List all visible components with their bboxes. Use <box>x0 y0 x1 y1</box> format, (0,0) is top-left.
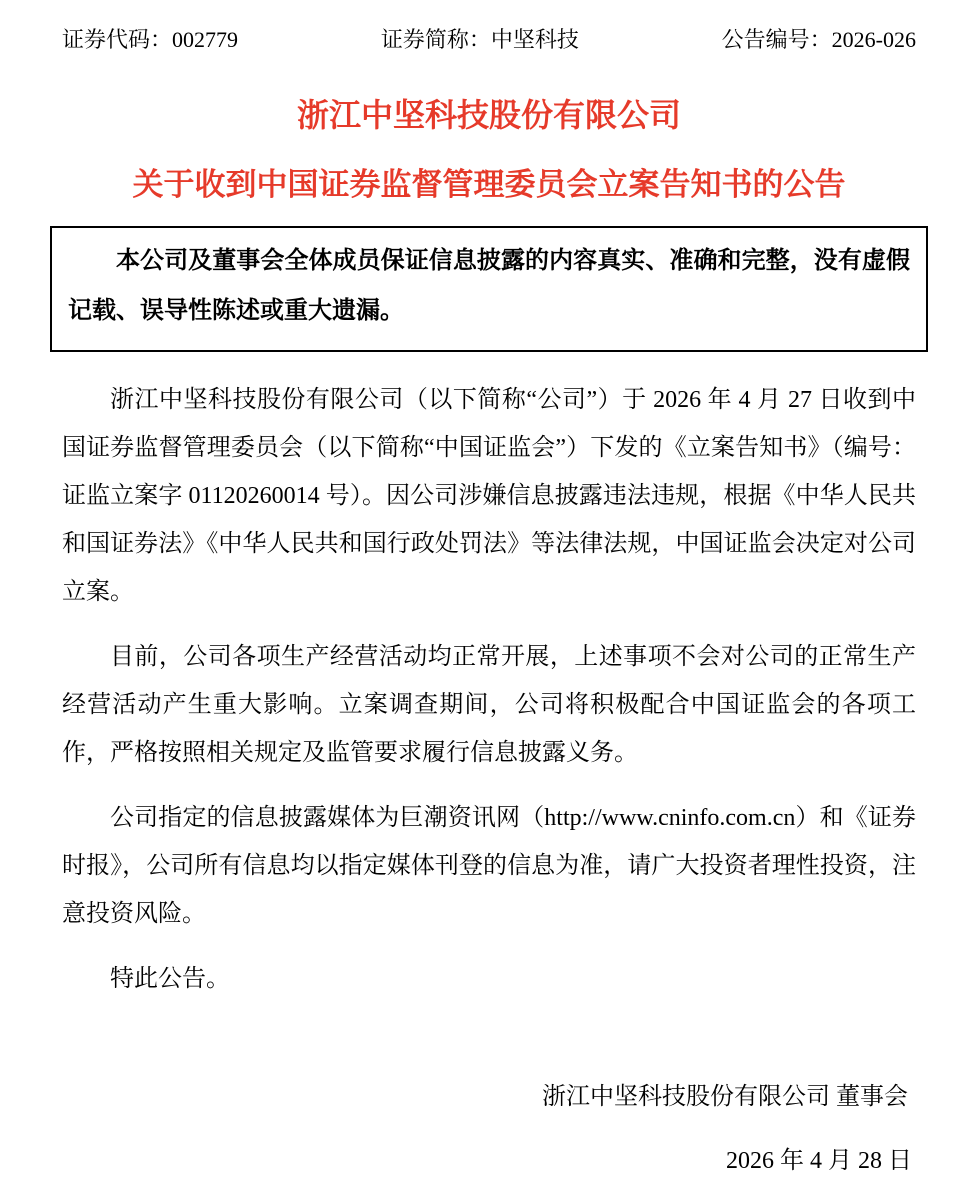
date-line: 2026 年 4 月 28 日 <box>62 1145 912 1179</box>
stock-code: 证券代码：002779 <box>62 26 238 55</box>
stock-name: 证券简称：中坚科技 <box>381 26 579 55</box>
paragraph-case-filing: 浙江中坚科技股份有限公司（以下简称“公司”）于 2026 年 4 月 27 日收… <box>62 376 916 616</box>
paragraph-disclosure-media: 公司指定的信息披露媒体为巨潮资讯网（http://www.cninfo.com.… <box>62 794 916 938</box>
announcement-number: 公告编号：2026-026 <box>722 26 916 55</box>
closing-line: 特此公告。 <box>62 955 916 1003</box>
statement-text: 本公司及董事会全体成员保证信息披露的内容真实、准确和完整，没有虚假记载、误导性陈… <box>68 236 910 337</box>
announcement-document: 证券代码：002779 证券简称：中坚科技 公告编号：2026-026 浙江中坚… <box>0 0 980 1180</box>
signature-line: 浙江中坚科技股份有限公司 董事会 <box>62 1081 908 1115</box>
document-header: 证券代码：002779 证券简称：中坚科技 公告编号：2026-026 <box>62 26 916 55</box>
paragraph-operations: 目前，公司各项生产经营活动均正常开展，上述事项不会对公司的正常生产经营活动产生重… <box>62 633 916 777</box>
company-title: 浙江中坚科技股份有限公司 <box>62 99 916 131</box>
statement-box: 本公司及董事会全体成员保证信息披露的内容真实、准确和完整，没有虚假记载、误导性陈… <box>50 226 928 353</box>
announcement-title: 关于收到中国证券监督管理委员会立案告知书的公告 <box>62 169 916 200</box>
